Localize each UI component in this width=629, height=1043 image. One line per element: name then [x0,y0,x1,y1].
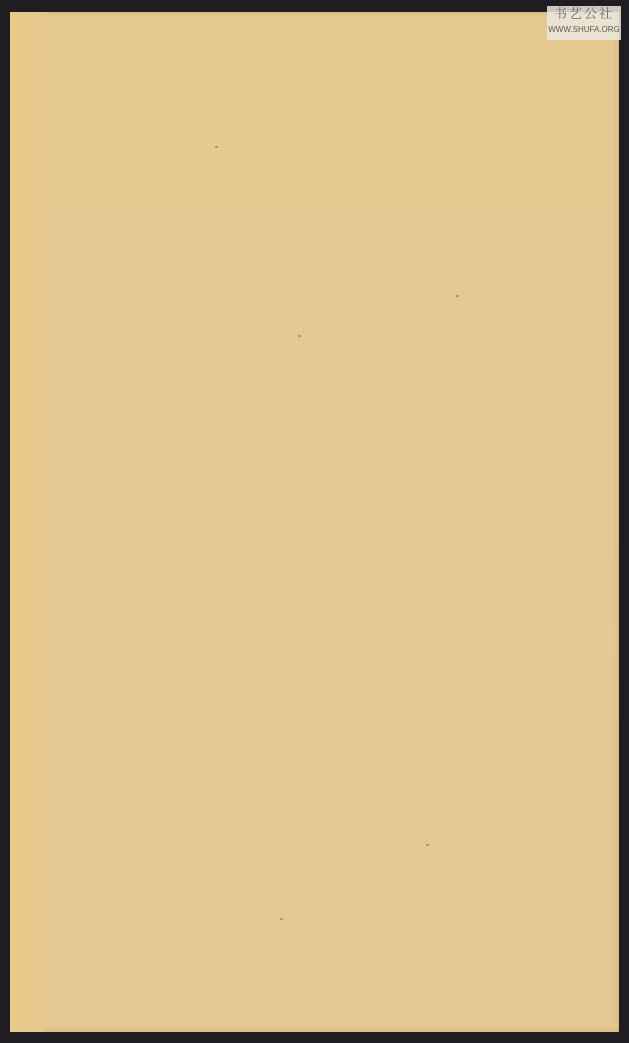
watermark-url: WWW.SHUFA.ORG [547,24,621,36]
speck [280,918,283,920]
binding-strip [10,12,50,1032]
speck [456,295,459,297]
speck [426,844,429,846]
speck [298,335,301,337]
paper-page [10,12,619,1032]
watermark-chinese: 书艺公社 [547,6,621,24]
speck [215,146,218,148]
watermark: 书艺公社 WWW.SHUFA.ORG [547,6,621,40]
